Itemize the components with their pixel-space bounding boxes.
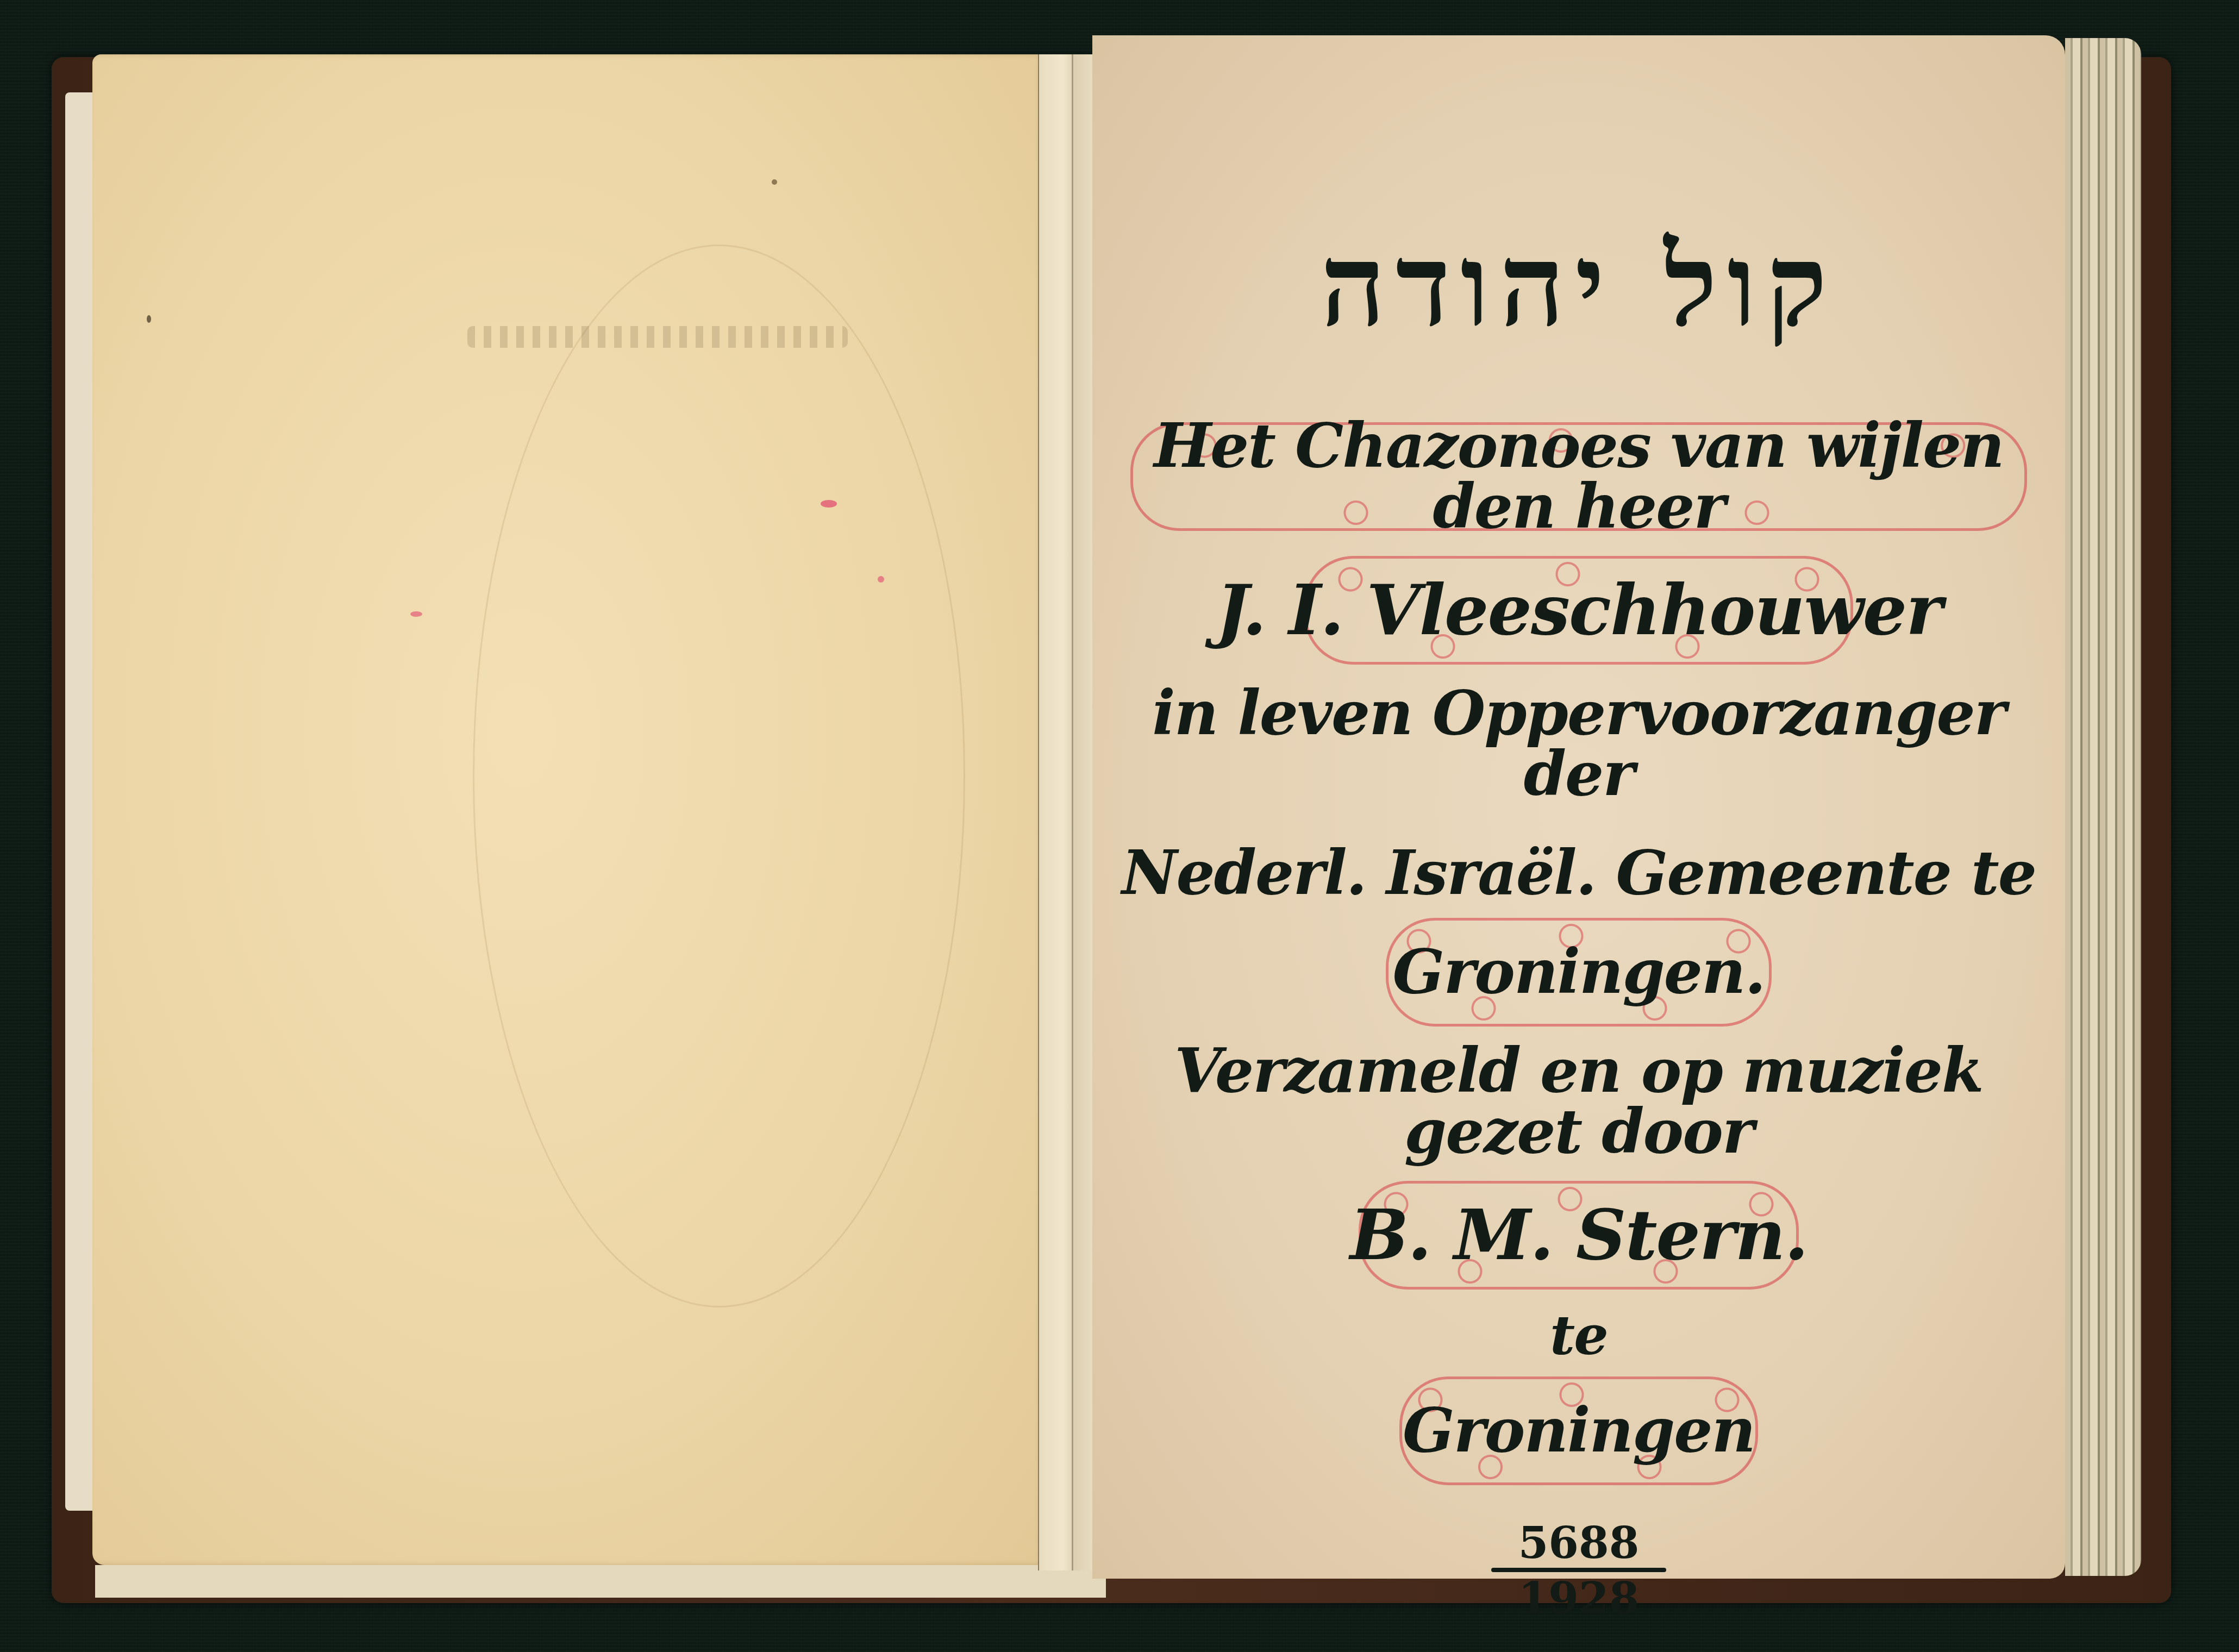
composer-name: J. I. Vleeschhouwer: [1092, 575, 2065, 645]
foxing-spot: [821, 500, 837, 508]
left-page: [92, 54, 1043, 1565]
foxing-spot: [772, 179, 777, 185]
title-page-text: קול יהודה Het Chazonoes van wijlen den h…: [1092, 228, 2065, 1620]
foxing-spot: [410, 611, 422, 617]
hebrew-title: קול יהודה: [1092, 228, 2065, 342]
place-line-1: Groningen.: [1092, 942, 2065, 1003]
date-block: 5688 1928: [1508, 1521, 1650, 1620]
title-line-6: Verzameld en op muziek gezet door: [1092, 1041, 2065, 1162]
title-line-3: in leven Oppervoorzanger der: [1092, 683, 2065, 805]
offset-show-through: [467, 326, 848, 348]
title-line-1: Het Chazonoes van wijlen den heer: [1092, 416, 2065, 537]
compiler-name: B. M. Stern.: [1092, 1200, 2065, 1270]
gregorian-year: 1928: [1508, 1576, 1650, 1620]
book-gutter: [1038, 54, 1099, 1570]
foxing-spot: [878, 576, 884, 583]
title-line-8: te: [1092, 1308, 2065, 1362]
year-divider: [1491, 1568, 1667, 1572]
place-line-2: Groningen: [1092, 1400, 2065, 1461]
gutter-crease: [1072, 54, 1073, 1570]
left-page-bottom-strip: [95, 1565, 1106, 1598]
page-block-edges: [2065, 38, 2141, 1576]
hebrew-year: 5688: [1508, 1521, 1650, 1565]
title-line-4: Nederl. Israël. Gemeente te: [1092, 843, 2065, 904]
foxing-spot: [147, 315, 151, 323]
oval-plate-imprint: [473, 245, 965, 1307]
